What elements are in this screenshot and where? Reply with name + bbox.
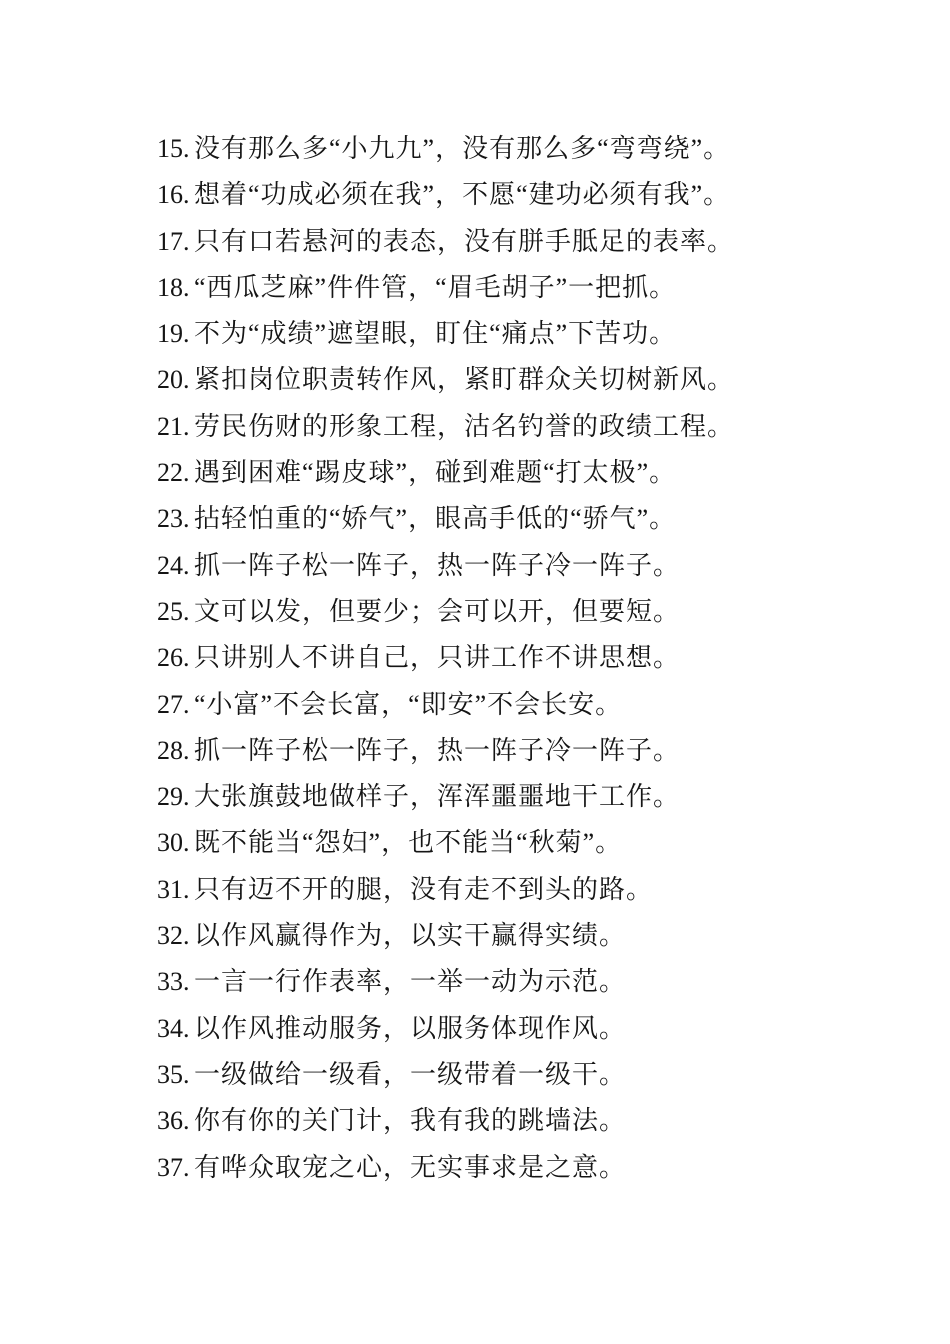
list-item: 18.“西瓜芝麻”件件管，“眉毛胡子”一把抓。 xyxy=(157,265,910,311)
list-item: 19.不为“成绩”遮望眼，盯住“痛点”下苦功。 xyxy=(157,311,910,357)
list-item: 35.一级做给一级看，一级带着一级干。 xyxy=(157,1052,910,1098)
item-text: 一言一行作表率，一举一动为示范。 xyxy=(194,967,626,996)
item-text: 有哗众取宠之心，无实事求是之意。 xyxy=(194,1153,626,1182)
list-item: 22.遇到困难“踢皮球”，碰到难题“打太极”。 xyxy=(157,450,910,496)
item-text: 没有那么多“小九九”，没有那么多“弯弯绕”。 xyxy=(194,134,730,163)
list-item: 15.没有那么多“小九九”，没有那么多“弯弯绕”。 xyxy=(157,126,910,172)
item-number: 33. xyxy=(157,959,194,1005)
item-text: 只讲别人不讲自己，只讲工作不讲思想。 xyxy=(194,643,680,672)
list-item: 34.以作风推动服务，以服务体现作风。 xyxy=(157,1006,910,1052)
item-text: 既不能当“怨妇”，也不能当“秋菊”。 xyxy=(194,828,622,857)
item-number: 31. xyxy=(157,867,194,913)
list-item: 31.只有迈不开的腿，没有走不到头的路。 xyxy=(157,867,910,913)
item-text: 一级做给一级看，一级带着一级干。 xyxy=(194,1060,626,1089)
item-text: “西瓜芝麻”件件管，“眉毛胡子”一把抓。 xyxy=(194,273,676,302)
list-item: 17.只有口若悬河的表态，没有胼手胝足的表率。 xyxy=(157,219,910,265)
item-text: 大张旗鼓地做样子，浑浑噩噩地干工作。 xyxy=(194,782,680,811)
list-item: 29.大张旗鼓地做样子，浑浑噩噩地干工作。 xyxy=(157,774,910,820)
item-number: 32. xyxy=(157,913,194,959)
list-item: 26.只讲别人不讲自己，只讲工作不讲思想。 xyxy=(157,635,910,681)
item-number: 20. xyxy=(157,357,194,403)
item-text: 以作风推动服务，以服务体现作风。 xyxy=(194,1014,626,1043)
item-text: 遇到困难“踢皮球”，碰到难题“打太极”。 xyxy=(194,458,676,487)
item-text: 劳民伤财的形象工程，沽名钓誉的政绩工程。 xyxy=(194,412,734,441)
item-number: 36. xyxy=(157,1098,194,1144)
item-text: 不为“成绩”遮望眼，盯住“痛点”下苦功。 xyxy=(194,319,676,348)
item-number: 28. xyxy=(157,728,194,774)
list-item: 33.一言一行作表率，一举一动为示范。 xyxy=(157,959,910,1005)
item-number: 18. xyxy=(157,265,194,311)
item-text: 抓一阵子松一阵子，热一阵子冷一阵子。 xyxy=(194,736,680,765)
item-number: 17. xyxy=(157,219,194,265)
item-number: 27. xyxy=(157,682,194,728)
list-item: 36.你有你的关门计，我有我的跳墙法。 xyxy=(157,1098,910,1144)
list-item: 24.抓一阵子松一阵子，热一阵子冷一阵子。 xyxy=(157,543,910,589)
list-item: 27.“小富”不会长富，“即安”不会长安。 xyxy=(157,682,910,728)
item-text: 文可以发，但要少；会可以开，但要短。 xyxy=(194,597,680,626)
item-number: 22. xyxy=(157,450,194,496)
list-item: 25.文可以发，但要少；会可以开，但要短。 xyxy=(157,589,910,635)
item-number: 29. xyxy=(157,774,194,820)
item-number: 19. xyxy=(157,311,194,357)
item-text: 只有口若悬河的表态，没有胼手胝足的表率。 xyxy=(194,227,734,256)
item-number: 23. xyxy=(157,496,194,542)
item-text: 你有你的关门计，我有我的跳墙法。 xyxy=(194,1106,626,1135)
item-number: 25. xyxy=(157,589,194,635)
item-text: 抓一阵子松一阵子，热一阵子冷一阵子。 xyxy=(194,551,680,580)
item-number: 21. xyxy=(157,404,194,450)
list-item: 16.想着“功成必须在我”，不愿“建功必须有我”。 xyxy=(157,172,910,218)
item-text: “小富”不会长富，“即安”不会长安。 xyxy=(194,690,622,719)
item-number: 15. xyxy=(157,126,194,172)
item-number: 37. xyxy=(157,1145,194,1191)
list-item: 23.拈轻怕重的“娇气”，眼高手低的“骄气”。 xyxy=(157,496,910,542)
list-item: 20.紧扣岗位职责转作风，紧盯群众关切树新风。 xyxy=(157,357,910,403)
numbered-list: 15.没有那么多“小九九”，没有那么多“弯弯绕”。 16.想着“功成必须在我”，… xyxy=(157,126,910,1191)
item-text: 以作风赢得作为，以实干赢得实绩。 xyxy=(194,921,626,950)
item-number: 16. xyxy=(157,172,194,218)
document-page: 15.没有那么多“小九九”，没有那么多“弯弯绕”。 16.想着“功成必须在我”，… xyxy=(0,0,950,1344)
list-item: 32.以作风赢得作为，以实干赢得实绩。 xyxy=(157,913,910,959)
item-number: 24. xyxy=(157,543,194,589)
item-text: 只有迈不开的腿，没有走不到头的路。 xyxy=(194,875,653,904)
list-item: 37.有哗众取宠之心，无实事求是之意。 xyxy=(157,1145,910,1191)
item-text: 拈轻怕重的“娇气”，眼高手低的“骄气”。 xyxy=(194,504,676,533)
item-number: 30. xyxy=(157,820,194,866)
list-item: 21.劳民伤财的形象工程，沽名钓誉的政绩工程。 xyxy=(157,404,910,450)
item-number: 26. xyxy=(157,635,194,681)
item-number: 35. xyxy=(157,1052,194,1098)
list-item: 30.既不能当“怨妇”，也不能当“秋菊”。 xyxy=(157,820,910,866)
item-text: 想着“功成必须在我”，不愿“建功必须有我”。 xyxy=(194,180,730,209)
list-item: 28.抓一阵子松一阵子，热一阵子冷一阵子。 xyxy=(157,728,910,774)
item-text: 紧扣岗位职责转作风，紧盯群众关切树新风。 xyxy=(194,365,734,394)
item-number: 34. xyxy=(157,1006,194,1052)
